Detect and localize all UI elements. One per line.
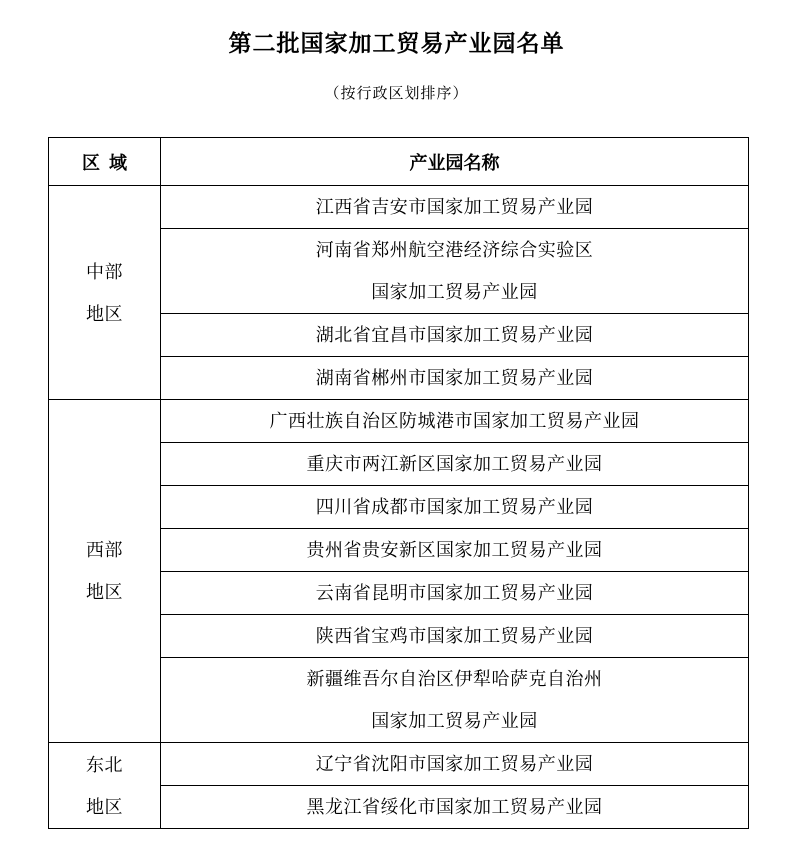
parks-table-body: 中部地区江西省吉安市国家加工贸易产业园河南省郑州航空港经济综合实验区国家加工贸易… (49, 186, 749, 829)
park-name-line: 贵州省贵安新区国家加工贸易产业园 (161, 529, 748, 571)
park-name-line: 江西省吉安市国家加工贸易产业园 (161, 186, 748, 228)
page-subtitle: （按行政区划排序） (0, 84, 793, 105)
park-name-line: 黑龙江省绥化市国家加工贸易产业园 (161, 786, 748, 828)
park-name-line: 国家加工贸易产业园 (161, 700, 748, 742)
park-cell: 湖南省郴州市国家加工贸易产业园 (161, 357, 749, 400)
park-name-line: 四川省成都市国家加工贸易产业园 (161, 486, 748, 528)
table-row: 西部地区广西壮族自治区防城港市国家加工贸易产业园 (49, 400, 749, 443)
table-row: 中部地区江西省吉安市国家加工贸易产业园 (49, 186, 749, 229)
page-title: 第二批国家加工贸易产业园名单 (0, 28, 793, 60)
park-name-column-header: 产业园名称 (161, 138, 749, 186)
park-cell: 湖北省宜昌市国家加工贸易产业园 (161, 314, 749, 357)
park-name-line: 云南省昆明市国家加工贸易产业园 (161, 572, 748, 614)
park-cell: 贵州省贵安新区国家加工贸易产业园 (161, 529, 749, 572)
park-name-line: 广西壮族自治区防城港市国家加工贸易产业园 (161, 400, 748, 442)
region-name-line: 东北 (49, 744, 160, 786)
park-name-line: 重庆市两江新区国家加工贸易产业园 (161, 443, 748, 485)
park-cell: 重庆市两江新区国家加工贸易产业园 (161, 443, 749, 486)
region-name-line: 地区 (49, 786, 160, 828)
park-cell: 新疆维吾尔自治区伊犁哈萨克自治州国家加工贸易产业园 (161, 658, 749, 743)
region-cell: 西部地区 (49, 400, 161, 743)
park-cell: 四川省成都市国家加工贸易产业园 (161, 486, 749, 529)
region-name-line: 地区 (49, 571, 160, 613)
park-name-line: 湖北省宜昌市国家加工贸易产业园 (161, 314, 748, 356)
region-cell: 中部地区 (49, 186, 161, 400)
park-cell: 江西省吉安市国家加工贸易产业园 (161, 186, 749, 229)
park-cell: 陕西省宝鸡市国家加工贸易产业园 (161, 615, 749, 658)
park-name-line: 辽宁省沈阳市国家加工贸易产业园 (161, 743, 748, 785)
park-name-line: 湖南省郴州市国家加工贸易产业园 (161, 357, 748, 399)
table-row: 东北地区辽宁省沈阳市国家加工贸易产业园 (49, 743, 749, 786)
park-cell: 河南省郑州航空港经济综合实验区国家加工贸易产业园 (161, 229, 749, 314)
park-name-line: 新疆维吾尔自治区伊犁哈萨克自治州 (161, 658, 748, 700)
park-cell: 黑龙江省绥化市国家加工贸易产业园 (161, 786, 749, 829)
region-column-header: 区 域 (49, 138, 161, 186)
region-name-line: 西部 (49, 529, 160, 571)
park-cell: 云南省昆明市国家加工贸易产业园 (161, 572, 749, 615)
parks-table: 区 域 产业园名称 中部地区江西省吉安市国家加工贸易产业园河南省郑州航空港经济综… (48, 137, 749, 829)
park-name-line: 河南省郑州航空港经济综合实验区 (161, 229, 748, 271)
region-cell: 东北地区 (49, 743, 161, 829)
region-name-line: 地区 (49, 293, 160, 335)
park-name-line: 陕西省宝鸡市国家加工贸易产业园 (161, 615, 748, 657)
park-cell: 辽宁省沈阳市国家加工贸易产业园 (161, 743, 749, 786)
park-cell: 广西壮族自治区防城港市国家加工贸易产业园 (161, 400, 749, 443)
park-name-line: 国家加工贸易产业园 (161, 271, 748, 313)
region-name-line: 中部 (49, 251, 160, 293)
header-row: 区 域 产业园名称 (49, 138, 749, 186)
parks-table-header: 区 域 产业园名称 (49, 138, 749, 186)
